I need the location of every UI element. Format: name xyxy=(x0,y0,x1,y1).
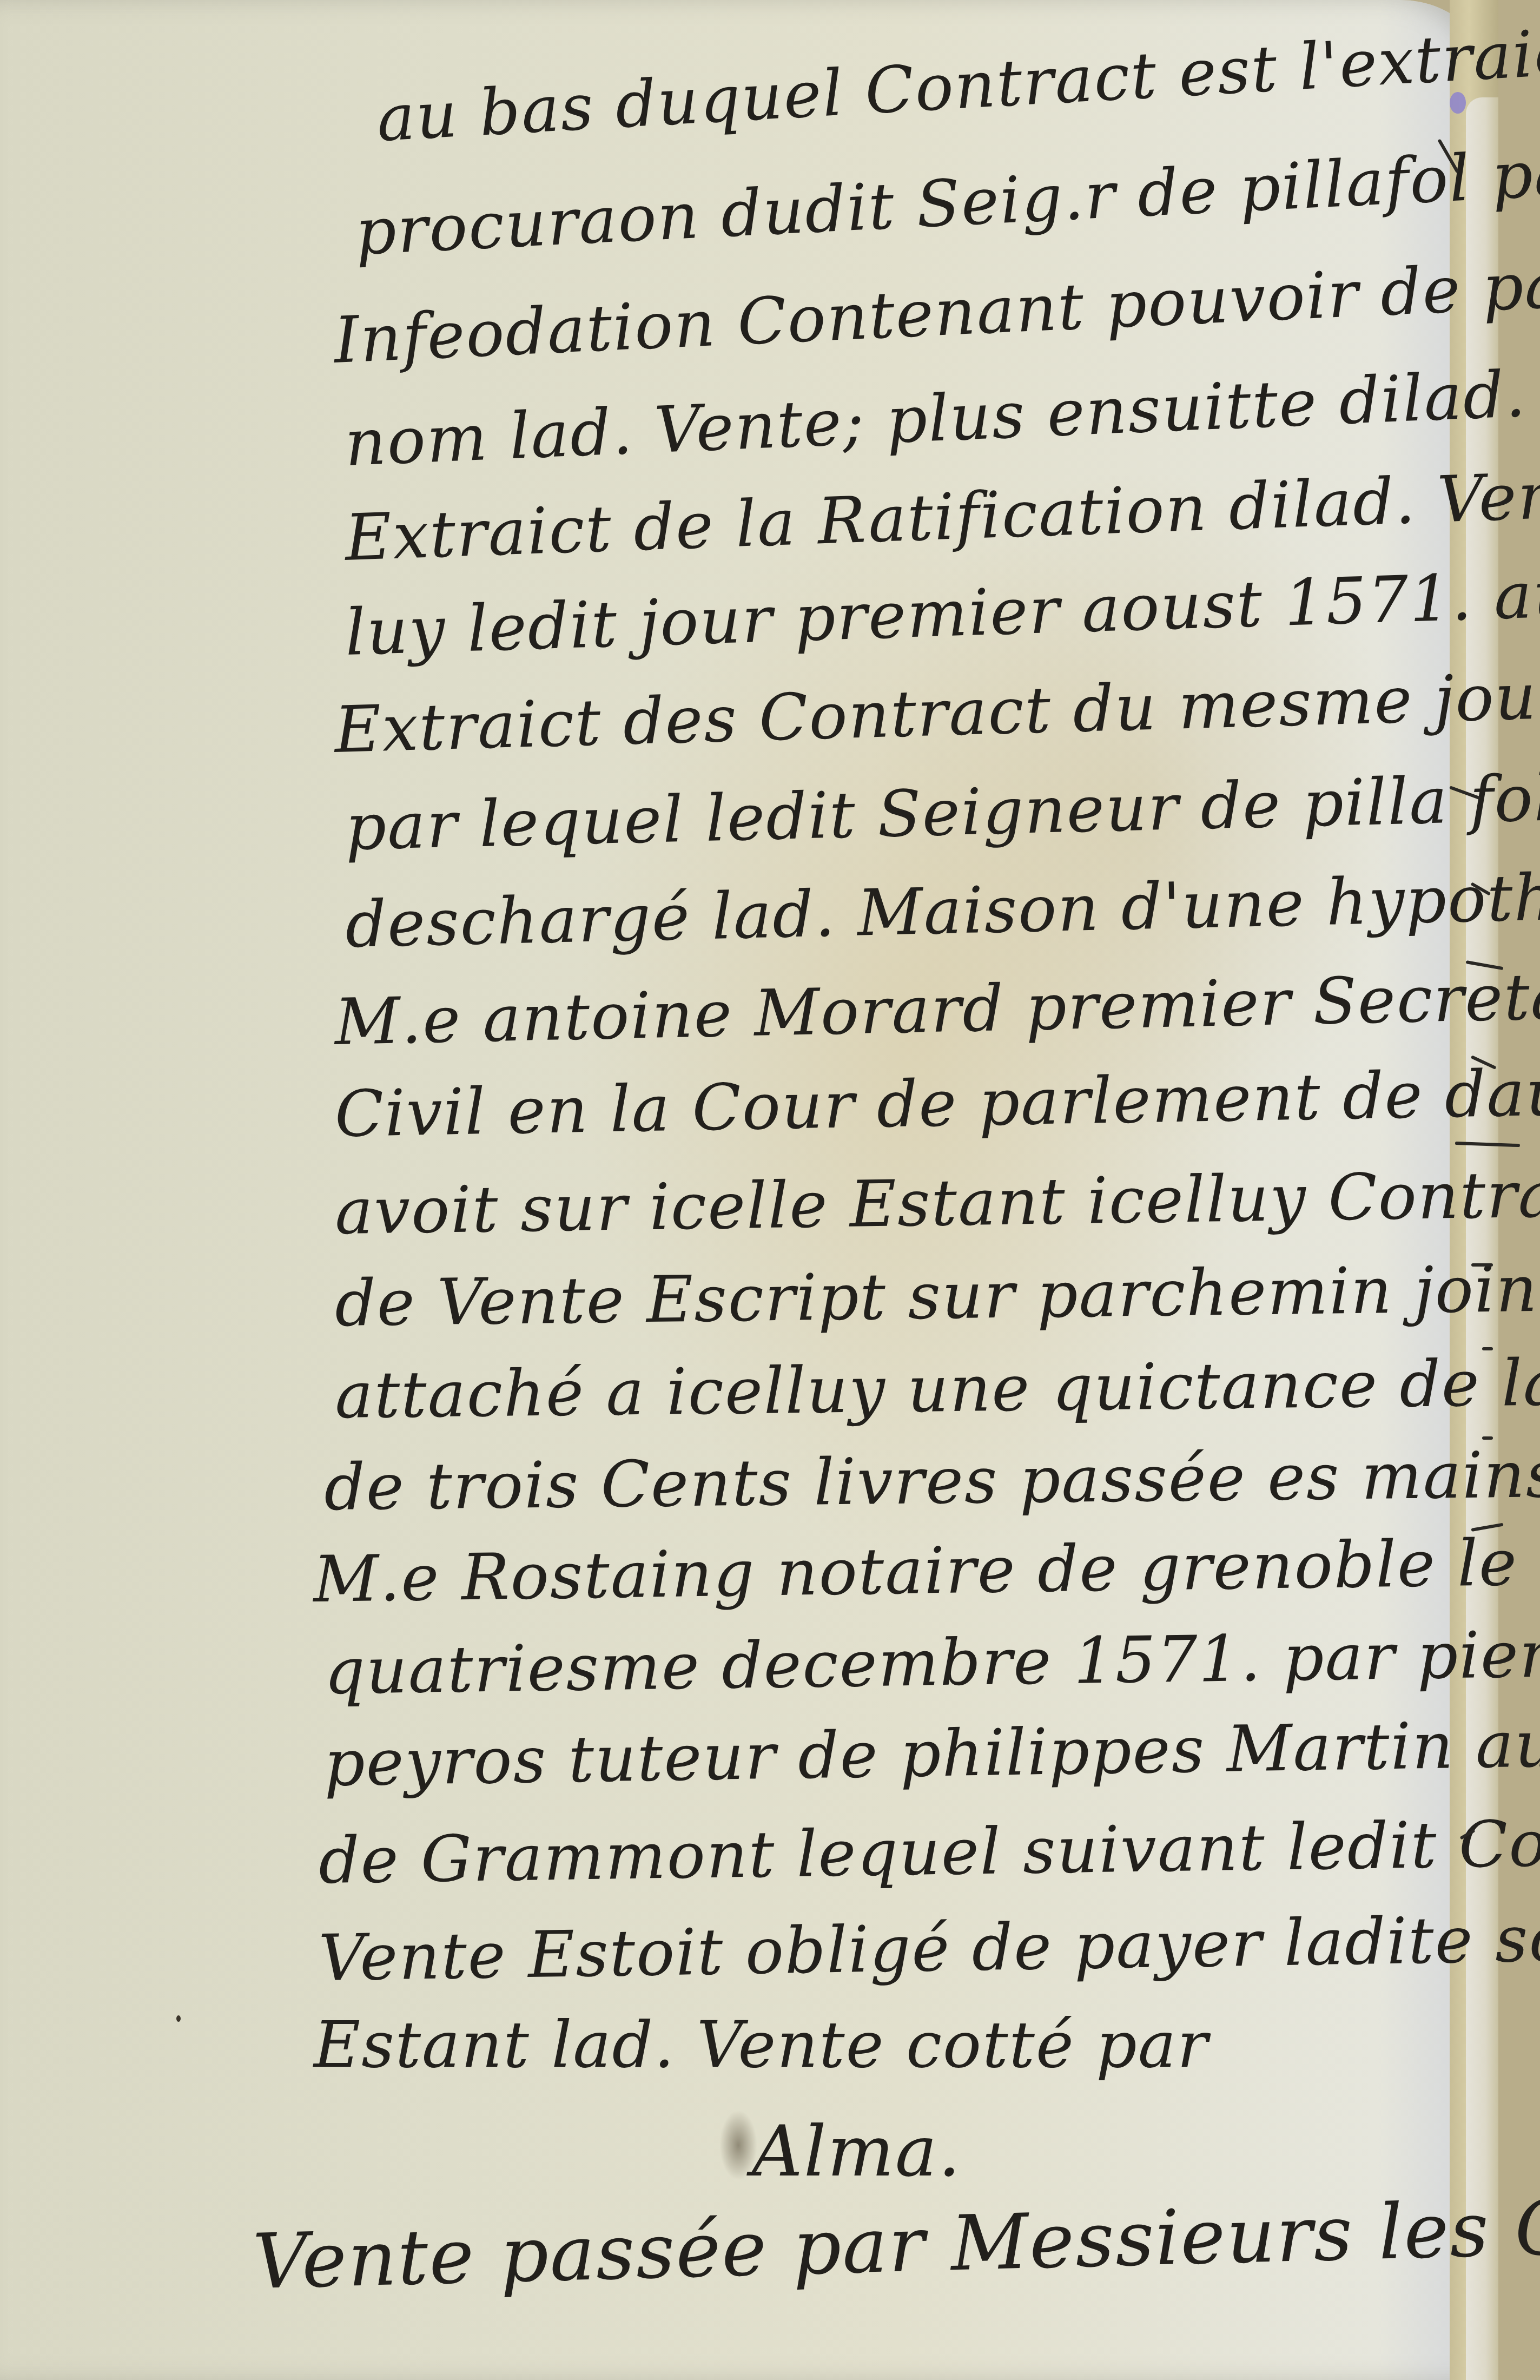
manuscript-line-20: Vente Estoit obligé de payer ladite somm… xyxy=(318,1904,1540,1990)
manuscript-line-12: avoit sur icelle Estant icelluy Contract xyxy=(334,1162,1540,1243)
manuscript-line-6: luy ledit jour premier aoust 1571. aussi… xyxy=(344,555,1540,664)
footer-text: Vente passée par Messieurs les Consuls xyxy=(252,2177,1540,2306)
margin-ink-dot xyxy=(176,2015,181,2022)
manuscript-line-11: Civil en la Cour de parlement de dauphin… xyxy=(334,1057,1540,1146)
manuscript-line-9: deschargé lad. Maison d'une hypotheque q… xyxy=(345,859,1540,957)
line-end-dash xyxy=(1482,1347,1493,1350)
line-end-dash xyxy=(1482,1436,1493,1440)
manuscript-line-2: procuraon dudit Seig.r de pillafol passé… xyxy=(354,127,1540,264)
manuscript-line-19: de Grammont lequel suivant ledit Contrac… xyxy=(318,1807,1540,1893)
line-end-dash xyxy=(1471,1263,1493,1267)
manuscript-line-7: Extraict des Contract du mesme jour qui … xyxy=(334,653,1540,762)
manuscript-line-13: de Vente Escript sur parchemin joint & xyxy=(335,1255,1540,1335)
next-page-edge xyxy=(1466,97,1498,2380)
manuscript-line-1: au bas duquel Contract est l'extraict de… xyxy=(375,8,1540,150)
manuscript-line-8: par lequel ledit Seigneur de pilla fol a… xyxy=(345,761,1540,859)
manuscript-line-21: Estant lad. Vente cotté par xyxy=(314,2013,1209,2076)
manuscript-line-14: attaché a icelluy une quictance de la so… xyxy=(335,1348,1540,1427)
manuscript-line-18: peyros tuteur de philippes Martin audit … xyxy=(323,1707,1540,1795)
manuscript-line-15: de trois Cents livres passée es mains de xyxy=(324,1441,1540,1519)
manuscript-line-16: M.e Rostaing notaire de grenoble le ving… xyxy=(313,1528,1540,1611)
manuscript-line-17: quatriesme decembre 1571. par pierre all… xyxy=(323,1618,1540,1703)
manuscript-line-10: M.e antoine Morard premier Secretaire xyxy=(334,962,1540,1054)
section-heading: Alma. xyxy=(752,2110,962,2192)
manuscript-page: au bas duquel Contract est l'extraict de… xyxy=(0,0,1498,2380)
